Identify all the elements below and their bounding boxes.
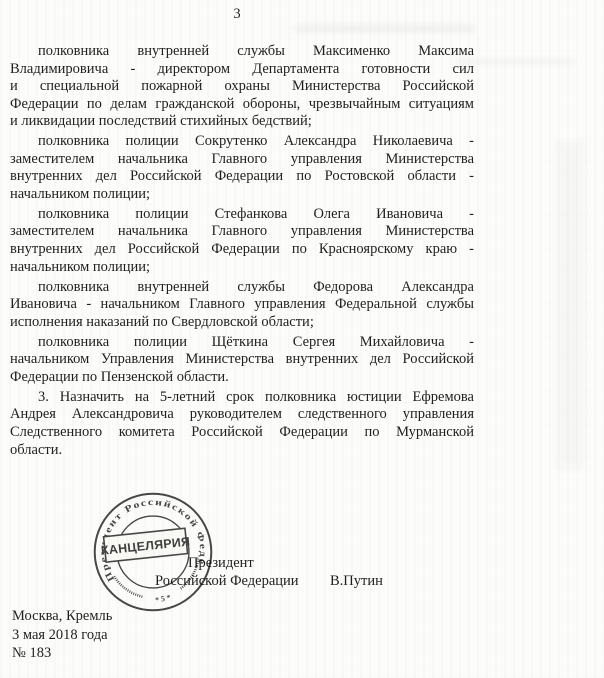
text-line: области. (10, 442, 474, 460)
footer-block: Москва, Кремль 3 мая 2018 года № 183 (12, 607, 112, 663)
body-paragraphs: полковника внутренней службы Максименко … (10, 43, 474, 462)
paragraph: полковника внутренней службы Федорова Ал… (10, 279, 474, 332)
signature-title-line1: Президент (188, 555, 254, 572)
text-line: Владимировича - директором Департамента … (10, 61, 474, 79)
text-line: и специальной пожарной охраны Министерст… (10, 78, 474, 96)
text-line: Следственного комитета Российской Федера… (10, 424, 474, 442)
footer-place: Москва, Кремль (12, 607, 112, 626)
text-line: и ликвидации последствий стихийных бедст… (10, 113, 474, 131)
page-number: 3 (0, 6, 474, 23)
text-line: внутренних дел Российской Федерации по Р… (10, 168, 474, 186)
document-page: 3 полковника внутренней службы Максименк… (0, 0, 604, 678)
signature-name: В.Путин (330, 573, 383, 590)
stamp-center-label: КАНЦЕЛЯРИЯ (100, 534, 191, 557)
text-line: полковника полиции Сокрутенко Александра… (10, 133, 474, 151)
paragraph: полковника полиции Стефанкова Олега Иван… (10, 206, 474, 276)
text-line: полковника внутренней службы Федорова Ал… (10, 279, 474, 297)
scan-artifact (295, 24, 475, 33)
stamp-microtext-arc (114, 571, 143, 601)
text-line: внутренних дел Российской Федерации по К… (10, 241, 474, 259)
paragraph: полковника полиции Щёткина Сергея Михайл… (10, 334, 474, 387)
stamp-bottom-mark: * 5 * (154, 593, 171, 605)
text-line: заместителем начальника Главного управле… (10, 223, 474, 241)
text-line: 3. Назначить на 5-летний срок полковника… (10, 389, 474, 407)
scan-artifact (555, 140, 585, 470)
text-line: заместителем начальника Главного управле… (10, 151, 474, 169)
text-line: исполнения наказаний по Свердловской обл… (10, 314, 474, 332)
text-line: Федерации по Пензенской области. (10, 369, 474, 387)
footer-number: № 183 (12, 644, 112, 663)
text-line: Федерации по делам гражданской обороны, … (10, 96, 474, 114)
text-line: полковника полиции Стефанкова Олега Иван… (10, 206, 474, 224)
text-line: Андрея Александровича руководителем след… (10, 406, 474, 424)
chancellery-stamp: Президент Российской Федерации * 5 * КАН… (91, 490, 215, 614)
text-line: начальником полиции; (10, 259, 474, 277)
text-line: Ивановича - начальником Главного управле… (10, 296, 474, 314)
stamp-seal-icon: Президент Российской Федерации * 5 * КАН… (91, 490, 215, 614)
signature-title-line2: Российской Федерации (155, 573, 299, 590)
paragraph: полковника полиции Сокрутенко Александра… (10, 133, 474, 203)
text-line: полковника полиции Щёткина Сергея Михайл… (10, 334, 474, 352)
footer-date: 3 мая 2018 года (12, 626, 112, 645)
text-line: начальником Управления Министерства внут… (10, 351, 474, 369)
text-line: начальником полиции; (10, 186, 474, 204)
paragraph: полковника внутренней службы Максименко … (10, 43, 474, 131)
paragraph: 3. Назначить на 5-летний срок полковника… (10, 389, 474, 459)
text-line: полковника внутренней службы Максименко … (10, 43, 474, 61)
